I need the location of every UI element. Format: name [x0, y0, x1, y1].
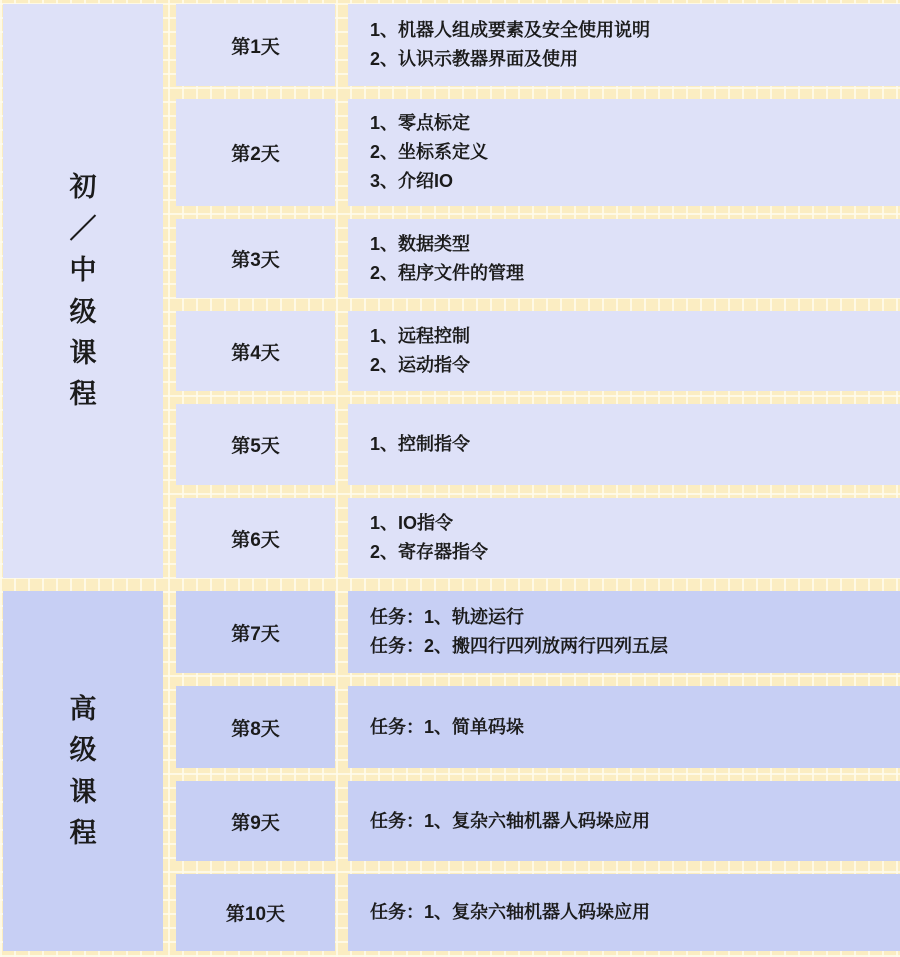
course-item: 任务：2、搬四行四列放两行四列五层 — [370, 632, 668, 661]
day-cell: 第5天 — [176, 404, 335, 485]
course-item: 1、数据类型 — [370, 230, 470, 259]
course-item: 2、运动指令 — [370, 351, 470, 380]
course-content-cell: 1、IO指令2、寄存器指令 — [348, 498, 900, 578]
category-cell-advanced: 高级课程 — [3, 591, 163, 951]
category-label-char: 高 — [70, 695, 97, 723]
course-item: 任务：1、复杂六轴机器人码垛应用 — [370, 807, 650, 836]
course-item: 2、程序文件的管理 — [370, 259, 524, 288]
category-label-char: 中 — [70, 256, 97, 284]
course-content-cell: 1、零点标定2、坐标系定义3、介绍IO — [348, 99, 900, 206]
category-label-char: 初 — [70, 173, 97, 201]
category-label-char: 课 — [70, 778, 97, 806]
category-label-char: 程 — [70, 380, 97, 408]
course-item: 1、远程控制 — [370, 322, 470, 351]
course-content-cell: 任务：1、简单码垛 — [348, 686, 900, 768]
course-schedule-board: 初／中级课程第1天1、机器人组成要素及安全使用说明2、认识示教器界面及使用第2天… — [0, 0, 900, 957]
day-cell: 第9天 — [176, 781, 335, 861]
day-cell: 第8天 — [176, 686, 335, 768]
course-content-cell: 1、机器人组成要素及安全使用说明2、认识示教器界面及使用 — [348, 4, 900, 86]
course-item: 2、坐标系定义 — [370, 138, 488, 167]
day-cell: 第1天 — [176, 4, 335, 86]
course-item: 任务：1、复杂六轴机器人码垛应用 — [370, 898, 650, 927]
course-schedule-table: 初／中级课程第1天1、机器人组成要素及安全使用说明2、认识示教器界面及使用第2天… — [3, 4, 900, 951]
category-label-char: 级 — [70, 736, 97, 764]
course-item: 1、控制指令 — [370, 430, 470, 459]
day-cell: 第2天 — [176, 99, 335, 206]
course-item: 2、寄存器指令 — [370, 538, 488, 567]
course-content-cell: 任务：1、复杂六轴机器人码垛应用 — [348, 781, 900, 861]
course-item: 1、IO指令 — [370, 509, 453, 538]
day-cell: 第10天 — [176, 874, 335, 951]
category-cell-beginner-intermediate: 初／中级课程 — [3, 4, 163, 578]
course-content-cell: 1、远程控制2、运动指令 — [348, 311, 900, 391]
day-cell: 第6天 — [176, 498, 335, 578]
day-cell: 第3天 — [176, 219, 335, 298]
course-item: 任务：1、简单码垛 — [370, 713, 524, 742]
course-content-cell: 1、控制指令 — [348, 404, 900, 485]
category-label-char: 程 — [70, 819, 97, 847]
category-label-char: 级 — [70, 298, 97, 326]
day-cell: 第4天 — [176, 311, 335, 391]
course-item: 3、介绍IO — [370, 167, 453, 196]
category-label-char: ／ — [70, 215, 97, 243]
course-content-cell: 任务：1、轨迹运行任务：2、搬四行四列放两行四列五层 — [348, 591, 900, 673]
course-item: 2、认识示教器界面及使用 — [370, 45, 578, 74]
course-item: 1、零点标定 — [370, 109, 470, 138]
course-item: 任务：1、轨迹运行 — [370, 603, 524, 632]
course-item: 1、机器人组成要素及安全使用说明 — [370, 16, 650, 45]
course-content-cell: 任务：1、复杂六轴机器人码垛应用 — [348, 874, 900, 951]
day-cell: 第7天 — [176, 591, 335, 673]
category-label-char: 课 — [70, 339, 97, 367]
course-content-cell: 1、数据类型2、程序文件的管理 — [348, 219, 900, 298]
